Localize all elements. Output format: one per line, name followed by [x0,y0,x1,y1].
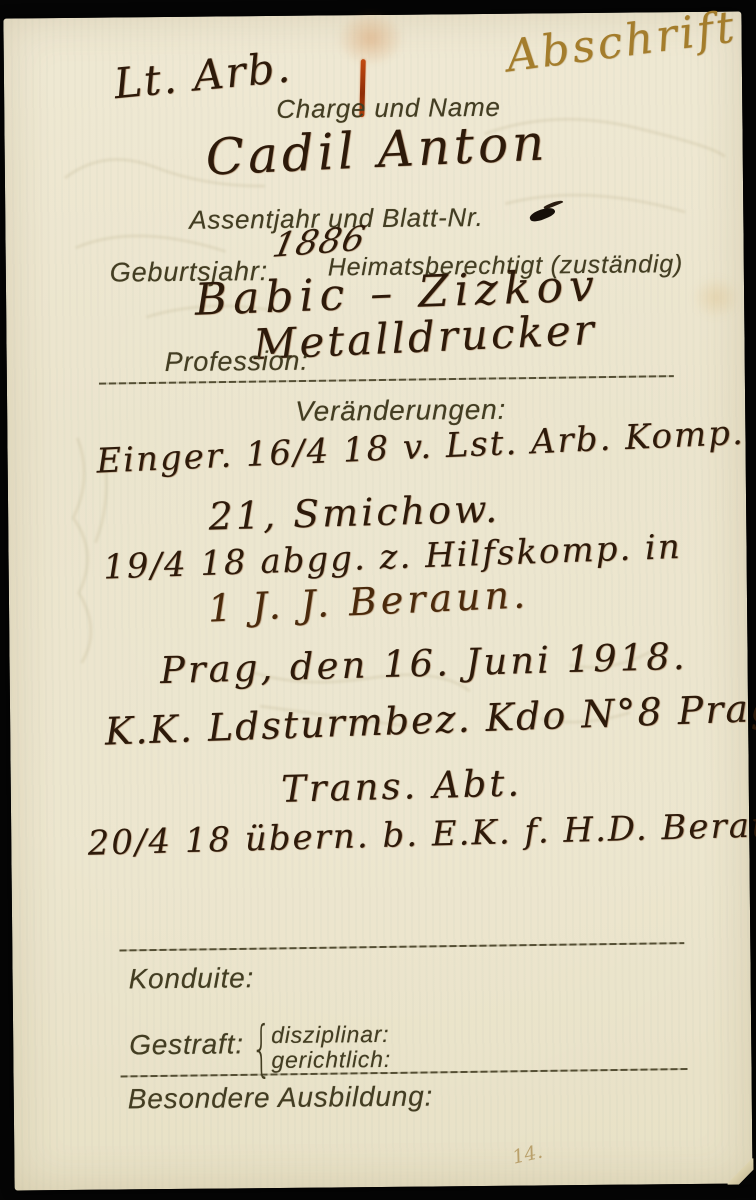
separator-rule-middle [119,942,684,951]
folded-corner [727,1158,753,1184]
veraenderungen-heading: Veränderungen: [295,394,506,428]
change-entry: 21, Smichow. [208,487,501,539]
ochre-stain [684,269,749,326]
change-entry: Trans. Abt. [281,761,523,810]
disziplinar-label: disziplinar: [271,1021,390,1049]
konduite-label: Konduite: [128,962,254,995]
gerichtlich-label: gerichtlich: [271,1046,391,1074]
change-entry: 20/4 18 übern. b. E.K. f. H.D. Beraun [87,805,756,864]
ausbildung-label: Besondere Ausbildung: [128,1080,434,1115]
change-entry: Prag, den 16. Juni 1918. [159,635,688,692]
ink-blot [528,205,556,224]
name-value: Cadil Anton [204,113,549,186]
document-scan: Abschrift Lt. Arb. Charge und Name Cadil… [0,0,756,1200]
copy-note: Abschrift [504,1,740,82]
faint-pencil-mark: 14. [510,1141,544,1169]
change-entry: K.K. Ldsturmbez. Kdo N°8 Prag [104,686,756,754]
red-ink-smudge [325,1,416,77]
separator-rule-bottom [121,1068,688,1077]
profession-label: Profession: [165,346,309,378]
gestraft-label: Gestraft: [129,1028,244,1061]
rank-note: Lt. Arb. [112,42,294,108]
paper-sheet: Abschrift Lt. Arb. Charge und Name Cadil… [3,11,752,1190]
